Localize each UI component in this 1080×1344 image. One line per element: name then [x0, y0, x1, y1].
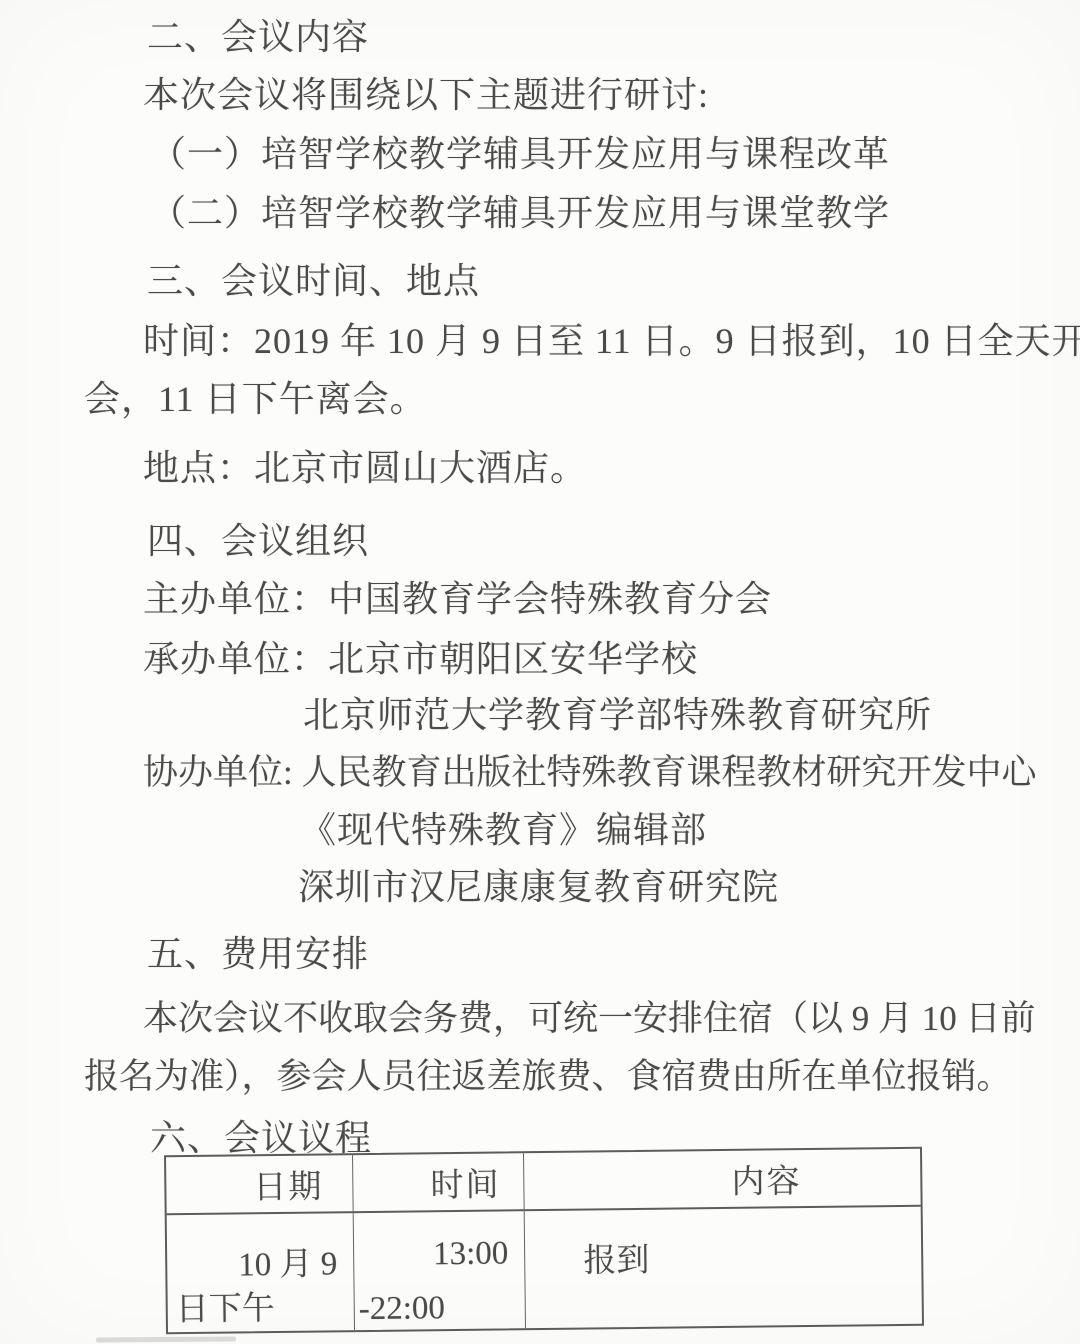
- time-line-2: 会，11 日下午离会。: [84, 378, 427, 420]
- time-line-1: 时间：2019 年 10 月 9 日至 11 日。9 日报到，10 日全天开: [143, 320, 1080, 362]
- co-organizer-line-2: 《现代特殊教育》编辑部: [300, 809, 707, 851]
- location-line: 地点：北京市圆山大酒店。: [143, 447, 587, 489]
- section-4-heading: 四、会议组织: [147, 520, 369, 562]
- fees-line-1: 本次会议不收取会务费，可统一安排住宿（以 9 月 10 日前: [143, 998, 1036, 1040]
- agenda-date-line-1: 10 月 9: [238, 1237, 338, 1285]
- agenda-time-line-1: 13:00: [433, 1235, 509, 1273]
- agenda-header-row: 日期 时间 内容: [166, 1149, 921, 1216]
- agenda-header-date: 日期: [166, 1155, 354, 1213]
- topic-2: （二）培智学校教学辅具开发应用与课堂教学: [150, 192, 890, 234]
- agenda-cell-content: 报到: [525, 1207, 922, 1328]
- section-3-heading: 三、会议时间、地点: [147, 260, 480, 302]
- scan-smudge: [96, 1337, 236, 1343]
- organizer-line-1: 承办单位：北京市朝阳区安华学校: [143, 638, 698, 680]
- organizer-line-2: 北京师范大学教育学部特殊教育研究所: [303, 694, 932, 736]
- scanned-document-page: 二、会议内容 本次会议将围绕以下主题进行研讨: （一）培智学校教学辅具开发应用与…: [0, 0, 1080, 1344]
- agenda-time-line-2: -22:00: [359, 1290, 446, 1328]
- section-2-heading: 二、会议内容: [147, 16, 369, 58]
- agenda-header-time: 时间: [353, 1153, 525, 1211]
- agenda-row: 10 月 9 日下午 13:00 -22:00 报到: [167, 1207, 922, 1333]
- fees-line-2: 报名为准），参会人员往返差旅费、食宿费由所在单位报销。: [84, 1056, 1012, 1098]
- co-organizer-line-3: 深圳市汉尼康康复教育研究院: [298, 866, 779, 908]
- co-organizer-line-1: 协办单位: 人民教育出版社特殊教育课程教材研究开发中心: [143, 752, 1036, 794]
- topic-1: （一）培智学校教学辅具开发应用与课程改革: [150, 133, 890, 175]
- section-2-intro: 本次会议将围绕以下主题进行研讨:: [143, 74, 709, 116]
- agenda-cell-time: 13:00 -22:00: [354, 1211, 526, 1330]
- host-line: 主办单位：中国教育学会特殊教育分会: [143, 578, 772, 620]
- agenda-table: 日期 时间 内容 10 月 9 日下午 13:00 -22:00 报到: [164, 1147, 924, 1335]
- agenda-content-text: 报到: [583, 1234, 650, 1282]
- agenda-cell-date: 10 月 9 日下午: [167, 1213, 355, 1332]
- section-5-heading: 五、费用安排: [147, 933, 369, 975]
- agenda-header-content: 内容: [524, 1149, 920, 1209]
- agenda-date-line-2: 日下午: [175, 1282, 275, 1330]
